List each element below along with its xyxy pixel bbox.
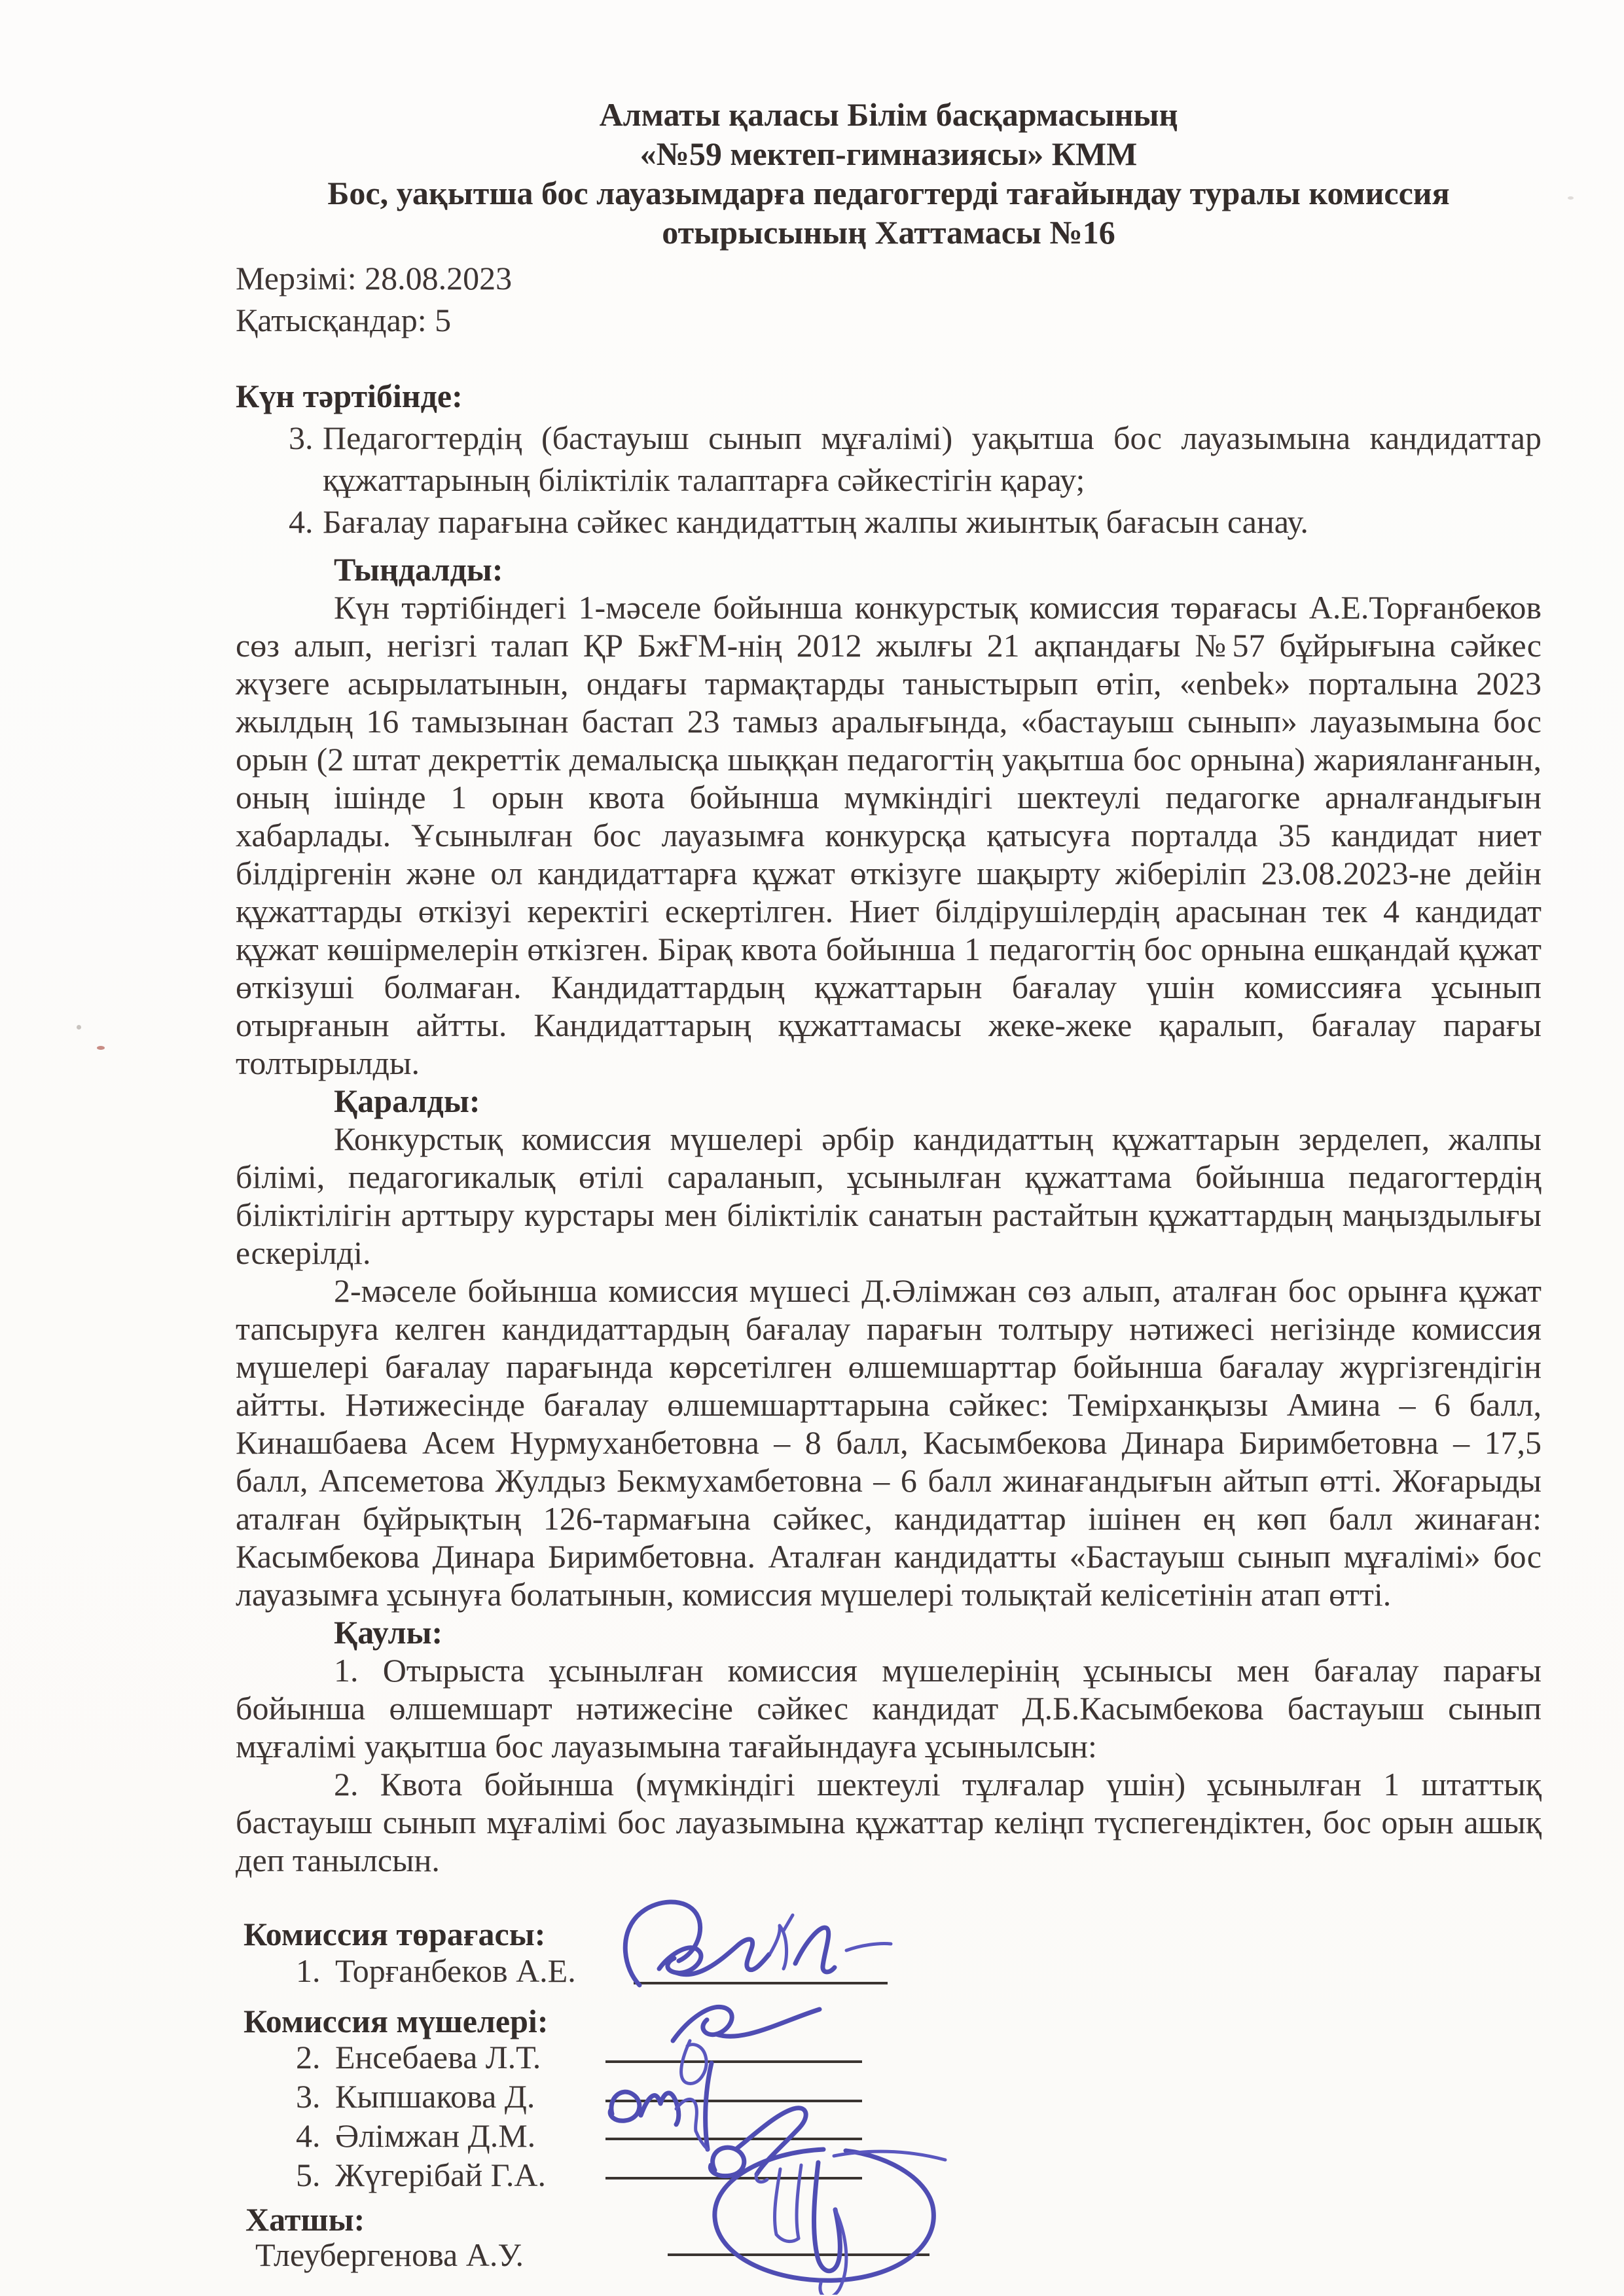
paragraph: 2-мәселе бойынша комиссия мүшесі Д.Әлімж… — [236, 1272, 1542, 1613]
signer-number: 1. — [296, 1952, 321, 1990]
signature-line — [668, 2253, 929, 2256]
signature-line — [605, 2060, 862, 2063]
agenda-item: 4. Бағалау парағына сәйкес кандидаттың ж… — [236, 501, 1542, 543]
signer-chair: 1. Торғанбеков А.Е. — [236, 1952, 576, 1990]
section-heading-resolution: Қаулы: — [236, 1613, 1542, 1651]
document-meta: Мерзімі: 28.08.2023 Қатысқандар: 5 — [236, 257, 1542, 341]
signer-name: Енсебаева Л.Т. — [335, 2039, 541, 2075]
signer-secretary: Тлеубергенова А.У. — [236, 2236, 524, 2274]
title-line-4: отырысының Хаттамасы №16 — [236, 213, 1542, 252]
date-line: Мерзімі: 28.08.2023 — [236, 257, 1542, 299]
signer-name: Кыпшакова Д. — [335, 2078, 535, 2115]
signer-name: Торғанбеков А.Е. — [335, 1952, 576, 1989]
signature-line — [605, 2100, 862, 2102]
signer-number: 5. — [296, 2156, 321, 2194]
signature-ink-secretary — [681, 2131, 962, 2295]
paragraph: 2. Квота бойынша (мүмкіндігі шектеулі тұ… — [236, 1765, 1542, 1879]
chair-heading: Комиссия төрағасы: — [244, 1915, 545, 1953]
paragraph: Күн тәртібіндегі 1-мәселе бойынша конкур… — [236, 588, 1542, 1082]
members-heading: Комиссия мүшелері: — [244, 2002, 548, 2040]
title-line-3: Бос, уақытша бос лауазымдарға педагогтер… — [236, 173, 1542, 213]
signature-ink-member-3 — [681, 2097, 844, 2195]
section-heading-considered: Қаралды: — [236, 1082, 1542, 1120]
document-title: Алматы қаласы Білім басқармасының «№59 м… — [236, 95, 1542, 252]
signer-member: 4. Әлімжан Д.М. — [236, 2117, 535, 2155]
document-page: Алматы қаласы Білім басқармасының «№59 м… — [0, 0, 1624, 2296]
signature-ink-chair — [599, 1890, 907, 2008]
secretary-heading: Хатшы: — [245, 2200, 365, 2238]
signer-name: Әлімжан Д.М. — [335, 2117, 535, 2154]
scan-speck — [77, 1025, 81, 1030]
signature-line — [605, 2138, 862, 2140]
signer-name: Тлеубергенова А.У. — [255, 2236, 524, 2273]
document-body: Тыңдалды: Күн тәртібіндегі 1-мәселе бойы… — [236, 550, 1542, 1879]
title-line-2: «№59 мектеп-гимназиясы» КММ — [236, 134, 1542, 173]
signer-member: 5. Жүгерібай Г.А. — [236, 2156, 546, 2194]
paragraph: 1. Отырыста ұсынылған комиссия мүшелерін… — [236, 1651, 1542, 1765]
signature-ink-member-1 — [648, 1981, 838, 2092]
section-heading-heard: Тыңдалды: — [236, 550, 1542, 588]
signer-member: 2. Енсебаева Л.Т. — [236, 2038, 541, 2076]
signature-ink-member-2 — [592, 2051, 802, 2162]
signature-block: Комиссия төрағасы: 1. Торғанбеков А.Е. К… — [236, 1915, 1542, 2288]
agenda-item-text: Бағалау парағына сәйкес кандидаттың жалп… — [323, 503, 1308, 540]
scan-speck — [97, 1046, 105, 1050]
signer-name: Жүгерібай Г.А. — [335, 2157, 546, 2193]
signer-number: 4. — [296, 2117, 321, 2155]
signer-member: 3. Кыпшакова Д. — [236, 2077, 535, 2115]
agenda-heading: Күн тәртібінде: — [236, 375, 1542, 417]
signature-line — [634, 1982, 888, 1984]
agenda: Күн тәртібінде: 3. Педагогтердің (бастау… — [236, 375, 1542, 543]
scan-speck — [1568, 196, 1574, 200]
participants-line: Қатысқандар: 5 — [236, 299, 1542, 341]
signer-number: 2. — [296, 2038, 321, 2076]
agenda-item: 3. Педагогтердің (бастауыш сынып мұғалім… — [236, 417, 1542, 501]
title-line-1: Алматы қаласы Білім басқармасының — [236, 95, 1542, 134]
agenda-item-text: Педагогтердің (бастауыш сынып мұғалімі) … — [323, 420, 1542, 498]
agenda-item-number: 4. — [289, 501, 314, 543]
document-content: Алматы қаласы Білім басқармасының «№59 м… — [236, 95, 1542, 1879]
agenda-item-number: 3. — [289, 417, 314, 459]
signature-line — [605, 2177, 862, 2179]
signer-number: 3. — [296, 2077, 321, 2115]
paragraph: Конкурстық комиссия мүшелері әрбір канди… — [236, 1120, 1542, 1272]
